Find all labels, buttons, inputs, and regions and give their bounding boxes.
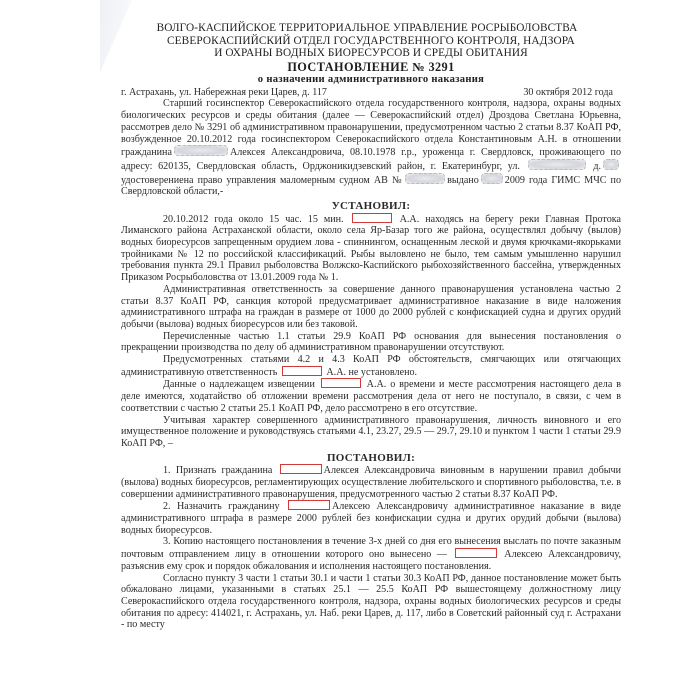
document-title: ПОСТАНОВЛЕНИЕ № 3291 bbox=[121, 60, 621, 74]
intro-text-5: выдано bbox=[447, 175, 479, 186]
document-date: 30 октября 2012 года bbox=[523, 87, 613, 99]
resolution-document: ВОЛГО-КАСПИЙСКОЕ ТЕРРИТОРИАЛЬНОЕ УПРАВЛЕ… bbox=[121, 22, 621, 631]
redaction-box bbox=[455, 548, 497, 558]
redacted-house-number bbox=[603, 159, 619, 170]
scanned-document-page: ВОЛГО-КАСПИЙСКОЕ ТЕРРИТОРИАЛЬНОЕ УПРАВЛЕ… bbox=[0, 0, 700, 700]
decision-item-3: 3. Копию настоящего постановления в тече… bbox=[121, 536, 621, 572]
header-department-cont: И ОХРАНЫ ВОДНЫХ БИОРЕСУРСОВ И СРЕДЫ ОБИТ… bbox=[121, 47, 621, 60]
redacted-issue-date bbox=[481, 173, 503, 184]
redaction-box bbox=[352, 213, 392, 223]
document-place: г. Астрахань, ул. Набережная реки Царев,… bbox=[121, 87, 327, 99]
text: 1. Признать гражданина bbox=[163, 465, 272, 476]
established-paragraph-3: Перечисленные частью 1.1 статьи 29.9 КоА… bbox=[121, 331, 621, 354]
header-agency: ВОЛГО-КАСПИЙСКОЕ ТЕРРИТОРИАЛЬНОЕ УПРАВЛЕ… bbox=[113, 22, 621, 35]
section-established-heading: УСТАНОВИЛ: bbox=[121, 200, 621, 213]
established-paragraph-6: Учитывая характер совершенного администр… bbox=[121, 415, 621, 450]
place-date-row: г. Астрахань, ул. Набережная реки Царев,… bbox=[121, 87, 621, 99]
established-paragraph-5: Данные о надлежащем извещении А.А. о вре… bbox=[121, 378, 621, 414]
appeal-paragraph: Согласно пункту 3 части 1 статьи 30.1 и … bbox=[121, 573, 621, 632]
established-paragraph-2: Административная ответственность за сове… bbox=[121, 284, 621, 331]
redacted-street bbox=[528, 159, 586, 170]
intro-text-4: удостоверениена право управления маломер… bbox=[121, 175, 403, 186]
established-paragraph-1: 20.10.2012 года около 15 час. 15 мин. А.… bbox=[121, 213, 621, 284]
text: А.А. не установлено. bbox=[326, 367, 417, 378]
redacted-surname bbox=[174, 145, 228, 156]
header-department: СЕВЕРОКАСПИЙСКИЙ ОТДЕЛ ГОСУДАРСТВЕННОГО … bbox=[121, 35, 621, 48]
redacted-license-number bbox=[405, 173, 445, 184]
intro-text-3: д. bbox=[593, 161, 601, 172]
document-subtitle: о назначении административного наказания bbox=[121, 74, 621, 86]
text: Данные о надлежащем извещении bbox=[163, 379, 315, 390]
intro-paragraph: Старший госинспектор Северокаспийского о… bbox=[121, 98, 621, 198]
text: 2. Назначить гражданину bbox=[163, 501, 280, 512]
redaction-box bbox=[288, 500, 330, 510]
decision-item-1: 1. Признать гражданина Алексея Александр… bbox=[121, 464, 621, 500]
text: 20.10.2012 года около 15 час. 15 мин. bbox=[163, 214, 344, 225]
redaction-box bbox=[282, 366, 322, 376]
decision-item-2: 2. Назначить гражданину Алексею Александ… bbox=[121, 500, 621, 536]
established-paragraph-4: Предусмотренных статьями 4.2 и 4.3 КоАП … bbox=[121, 354, 621, 378]
redaction-box bbox=[321, 378, 361, 388]
redaction-box bbox=[280, 464, 322, 474]
section-decided-heading: ПОСТАНОВИЛ: bbox=[121, 452, 621, 465]
